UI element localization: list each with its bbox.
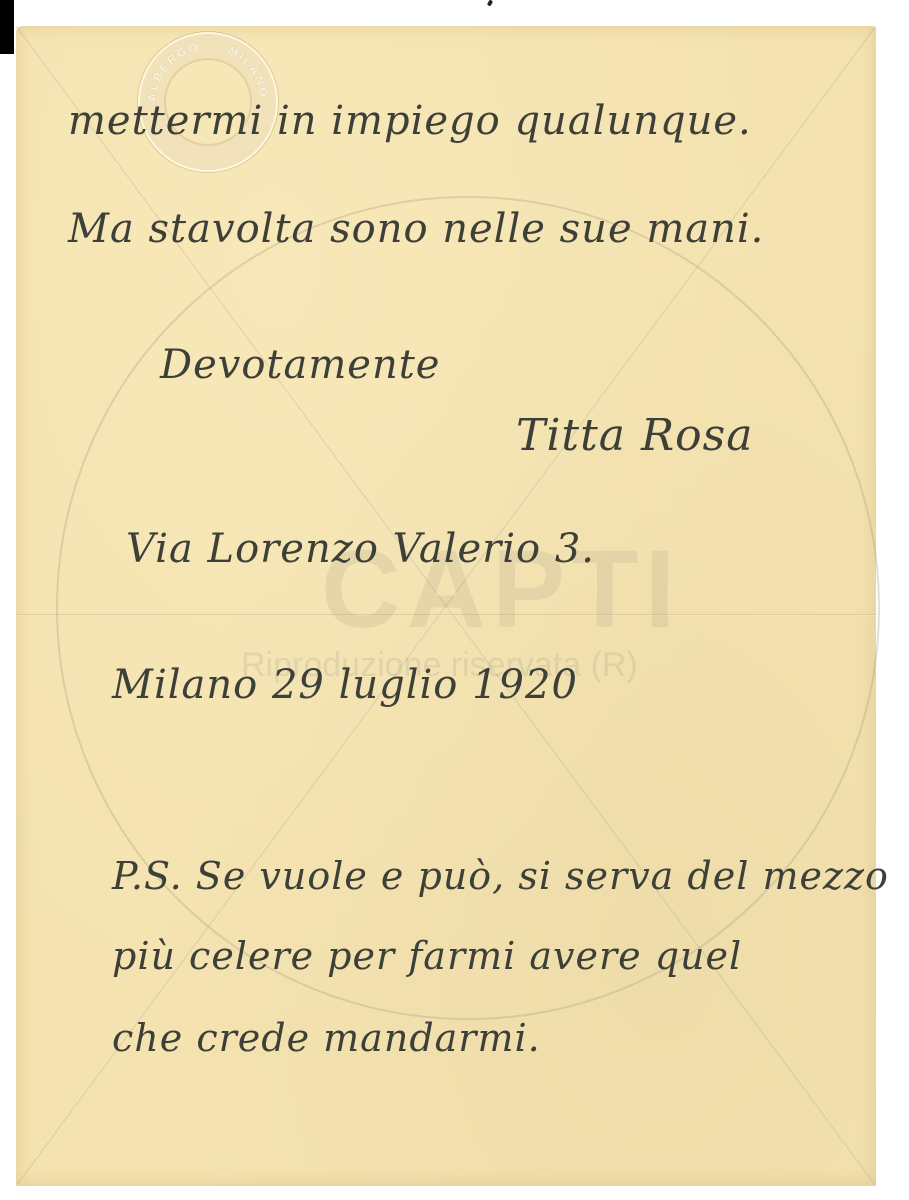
letter-closing: Devotamente bbox=[160, 342, 440, 388]
svg-text:ALBERGO ... MILANO: ALBERGO ... MILANO bbox=[145, 39, 271, 102]
seal-text: ALBERGO ... MILANO bbox=[145, 39, 271, 102]
postscript-line-1: P.S. Se vuole e può, si serva del mezzo bbox=[112, 854, 889, 898]
ink-speck bbox=[487, 0, 493, 7]
postscript-line-2: più celere per farmi avere quel bbox=[112, 934, 742, 978]
letter-sheet: CAPTI Riproduzione riservata (R) ALBERGO… bbox=[16, 26, 876, 1186]
letter-place-date: Milano 29 luglio 1920 bbox=[112, 662, 578, 708]
letter-signature: Titta Rosa bbox=[516, 410, 753, 461]
letter-line-1: mettermi in impiego qualunque. bbox=[68, 98, 752, 144]
letter-address: Via Lorenzo Valerio 3. bbox=[126, 526, 595, 572]
postscript-line-3: che crede mandarmi. bbox=[112, 1016, 541, 1060]
letter-line-2: Ma stavolta sono nelle sue mani. bbox=[68, 206, 764, 252]
scan-corner-mark bbox=[0, 0, 14, 54]
